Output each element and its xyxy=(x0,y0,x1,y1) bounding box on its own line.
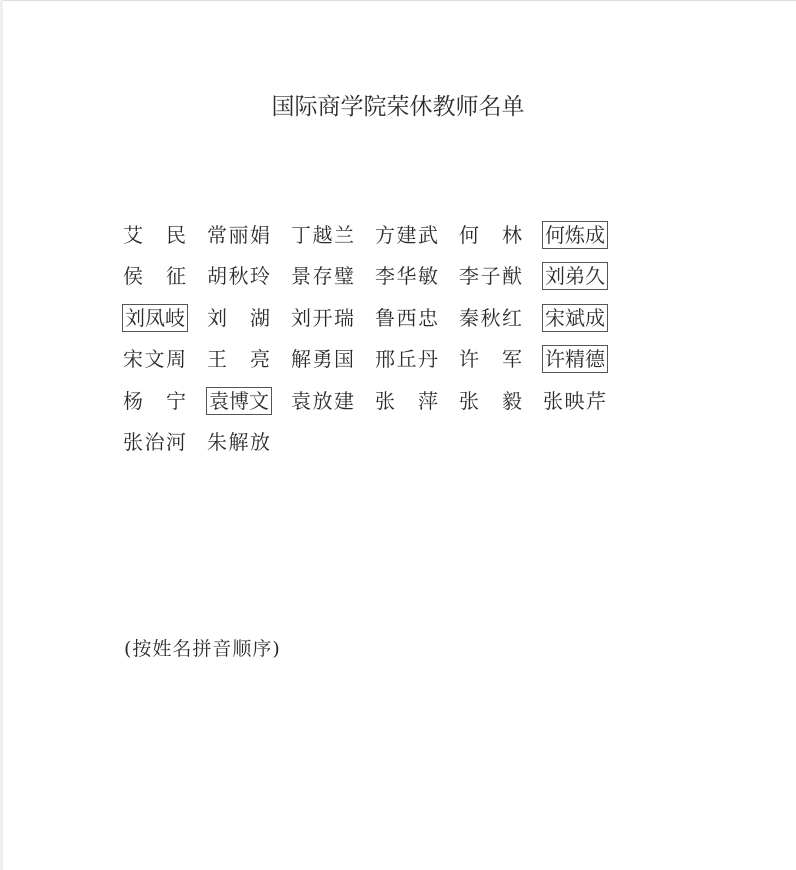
teacher-name: 刘开瑞 xyxy=(291,305,354,331)
teacher-name: 景存璧 xyxy=(291,263,354,289)
name-cell: 袁博文 xyxy=(204,385,288,417)
name-row: 艾民 常丽娟 丁越兰 方建武 何林 何炼成 xyxy=(120,214,620,256)
teacher-name: 常丽娟 xyxy=(207,222,270,248)
teacher-name: 解勇国 xyxy=(291,346,354,372)
teacher-name: 许军 xyxy=(459,346,522,372)
name-cell: 秦秋红 xyxy=(456,302,540,334)
teacher-name: 刘湖 xyxy=(207,305,270,331)
name-cell: 何炼成 xyxy=(540,219,624,251)
name-cell: 张毅 xyxy=(456,385,540,417)
name-list: 艾民 常丽娟 丁越兰 方建武 何林 何炼成 侯征 胡秋玲 景存璧 李华敏 李子猷… xyxy=(120,214,620,463)
teacher-name: 朱解放 xyxy=(207,429,270,455)
teacher-name: 袁放建 xyxy=(291,388,354,414)
name-cell: 张映芹 xyxy=(540,385,624,417)
sort-order-note: (按姓名拼音顺序) xyxy=(124,634,281,661)
name-cell: 常丽娟 xyxy=(204,219,288,251)
teacher-name-boxed: 宋斌成 xyxy=(542,304,608,332)
page-top-edge xyxy=(0,0,796,1)
name-cell: 景存璧 xyxy=(288,260,372,292)
name-cell: 艾民 xyxy=(120,219,204,251)
teacher-name: 杨宁 xyxy=(123,388,186,414)
name-cell: 解勇国 xyxy=(288,343,372,375)
teacher-name-boxed: 许精德 xyxy=(542,345,608,373)
name-row: 杨宁 袁博文 袁放建 张萍 张毅 张映芹 xyxy=(120,380,620,422)
name-cell: 张萍 xyxy=(372,385,456,417)
name-cell: 侯征 xyxy=(120,260,204,292)
name-cell: 丁越兰 xyxy=(288,219,372,251)
teacher-name: 丁越兰 xyxy=(291,222,354,248)
teacher-name: 张萍 xyxy=(375,388,438,414)
name-cell: 李子猷 xyxy=(456,260,540,292)
teacher-name-boxed: 刘弟久 xyxy=(542,262,608,290)
name-cell: 王亮 xyxy=(204,343,288,375)
teacher-name: 李华敏 xyxy=(375,263,438,289)
name-cell: 李华敏 xyxy=(372,260,456,292)
name-row: 张治河 朱解放 xyxy=(120,422,620,464)
teacher-name: 胡秋玲 xyxy=(207,263,270,289)
teacher-name: 方建武 xyxy=(375,222,438,248)
teacher-name: 张毅 xyxy=(459,388,522,414)
teacher-name-boxed: 袁博文 xyxy=(206,387,272,415)
name-cell: 朱解放 xyxy=(204,426,288,458)
name-cell: 刘开瑞 xyxy=(288,302,372,334)
name-cell: 刘凤岐 xyxy=(120,302,204,334)
teacher-name-boxed: 何炼成 xyxy=(542,221,608,249)
name-row: 侯征 胡秋玲 景存璧 李华敏 李子猷 刘弟久 xyxy=(120,256,620,298)
name-cell: 许军 xyxy=(456,343,540,375)
name-cell: 张治河 xyxy=(120,426,204,458)
teacher-name-boxed: 刘凤岐 xyxy=(122,304,188,332)
name-cell: 袁放建 xyxy=(288,385,372,417)
teacher-name: 邢丘丹 xyxy=(375,346,438,372)
name-cell: 宋斌成 xyxy=(540,302,624,334)
name-row: 刘凤岐 刘湖 刘开瑞 鲁西忠 秦秋红 宋斌成 xyxy=(120,297,620,339)
page-left-edge xyxy=(0,0,3,870)
teacher-name: 何林 xyxy=(459,222,522,248)
teacher-name: 张治河 xyxy=(123,429,186,455)
name-row: 宋文周 王亮 解勇国 邢丘丹 许军 许精德 xyxy=(120,339,620,381)
teacher-name: 张映芹 xyxy=(543,388,606,414)
teacher-name: 李子猷 xyxy=(459,263,522,289)
teacher-name: 侯征 xyxy=(123,263,186,289)
name-cell: 胡秋玲 xyxy=(204,260,288,292)
teacher-name: 宋文周 xyxy=(123,346,186,372)
name-cell: 何林 xyxy=(456,219,540,251)
document-title: 国际商学院荣休教师名单 xyxy=(0,88,796,121)
teacher-name: 鲁西忠 xyxy=(375,305,438,331)
name-cell: 鲁西忠 xyxy=(372,302,456,334)
name-cell: 刘湖 xyxy=(204,302,288,334)
teacher-name: 艾民 xyxy=(123,222,186,248)
name-cell: 刘弟久 xyxy=(540,260,624,292)
teacher-name: 秦秋红 xyxy=(459,305,522,331)
name-cell: 许精德 xyxy=(540,343,624,375)
name-cell: 宋文周 xyxy=(120,343,204,375)
name-cell: 杨宁 xyxy=(120,385,204,417)
name-cell: 方建武 xyxy=(372,219,456,251)
name-cell: 邢丘丹 xyxy=(372,343,456,375)
teacher-name: 王亮 xyxy=(207,346,270,372)
